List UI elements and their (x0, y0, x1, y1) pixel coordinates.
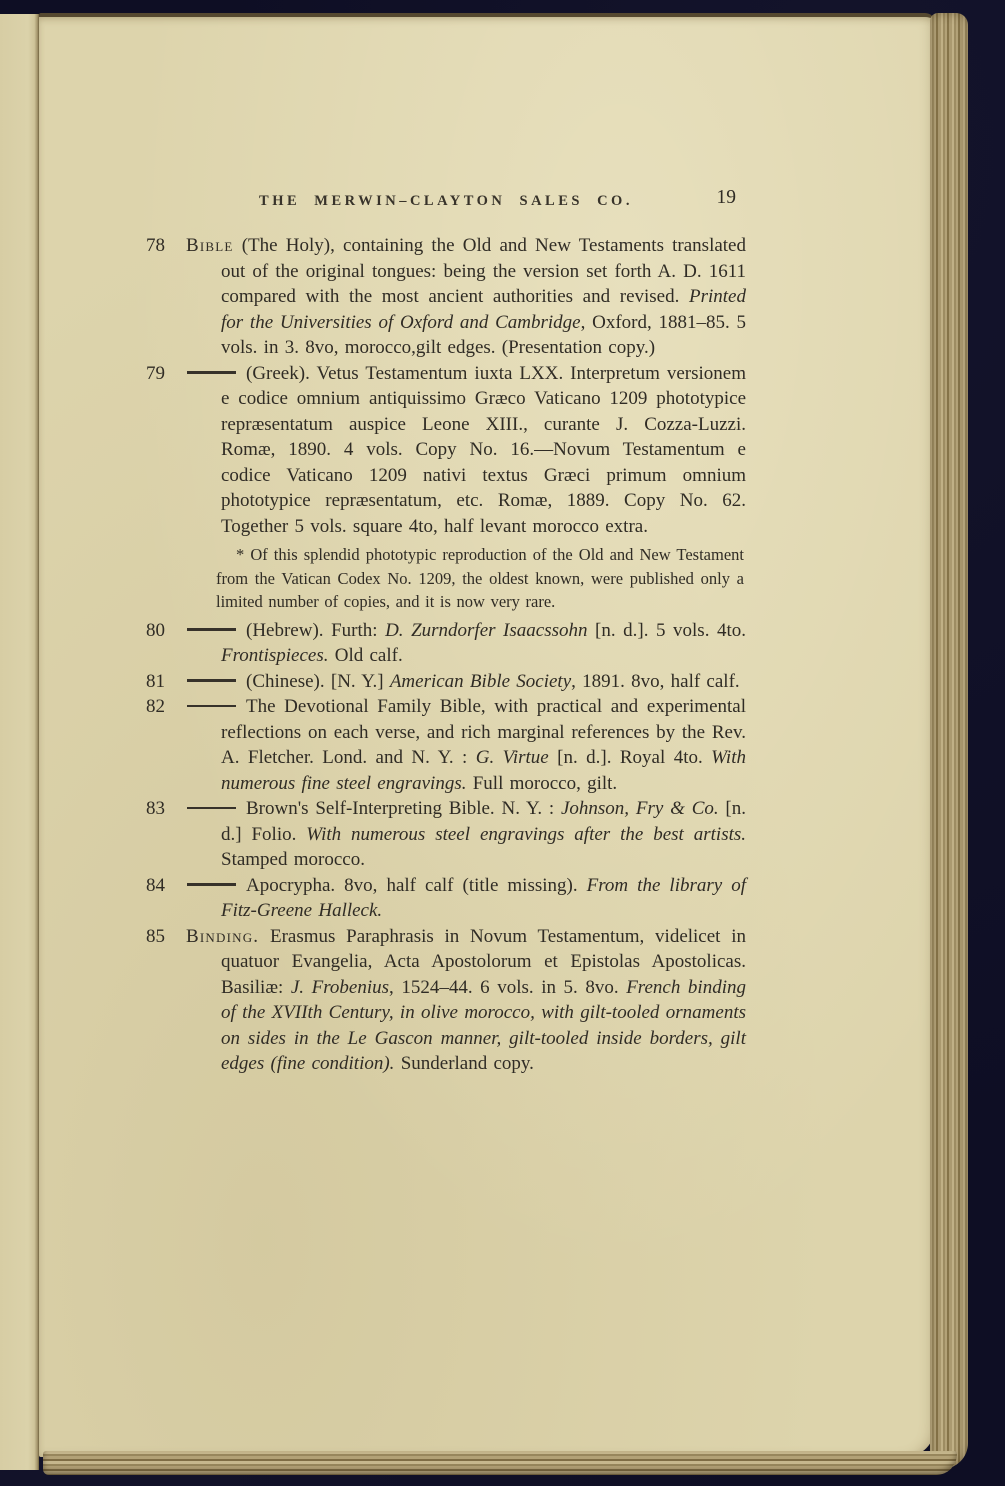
running-head: THE MERWIN–CLAYTON SALES CO. 19 (146, 187, 746, 213)
fore-edge-page-stack (930, 13, 968, 1469)
catalog-entry: 78Bible (The Holy), containing the Old a… (146, 233, 746, 361)
ditto-dash-icon (187, 883, 236, 886)
entry-text: Full morocco, gilt. (466, 773, 617, 794)
facing-page-edge (0, 14, 39, 1470)
lot-number: 85 (146, 924, 186, 950)
ditto-dash-icon (187, 371, 236, 374)
entry-text: Stamped morocco. (221, 849, 365, 870)
entry-text: Bible (186, 235, 234, 256)
entry-text: [n. d.]. 5 vols. 4to. (588, 620, 747, 641)
entry-text: (The Holy), containing the Old and New T… (221, 235, 746, 307)
entry-text: Johnson, Fry & Co. (561, 798, 719, 819)
entry-text: Apocrypha. 8vo, half calf (title missing… (246, 875, 587, 896)
lot-number: 84 (146, 873, 186, 899)
entry-text: , 1524–44. 6 vols. in 5. 8vo. (389, 977, 626, 998)
lot-number: 80 (146, 618, 186, 644)
catalog-entry: 79(Greek). Vetus Testamentum iuxta LXX. … (146, 361, 746, 540)
ditto-dash-icon (187, 628, 236, 631)
book-page: THE MERWIN–CLAYTON SALES CO. 19 78Bible … (39, 13, 935, 1457)
entry-text: American Bible Society (390, 671, 571, 692)
entry-text: D. Zurndorfer Isaacssohn (385, 620, 587, 641)
ditto-dash-icon (187, 679, 236, 682)
ditto-dash-icon (187, 705, 236, 708)
running-head-title: THE MERWIN–CLAYTON SALES CO. (259, 193, 633, 209)
entry-text: With numerous steel engravings after the… (306, 824, 746, 845)
catalog-entry: 83Brown's Self-Interpreting Bible. N. Y.… (146, 796, 746, 873)
entry-text: , 1891. 8vo, half calf. (571, 671, 740, 692)
entry-text: (Chinese). [N. Y.] (246, 671, 390, 692)
catalog-entry: 80(Hebrew). Furth: D. Zurndorfer Isaacss… (146, 618, 746, 669)
lot-number: 81 (146, 669, 186, 695)
text-block: THE MERWIN–CLAYTON SALES CO. 19 78Bible … (146, 187, 746, 1077)
catalog-entries: 78Bible (The Holy), containing the Old a… (146, 233, 746, 1077)
lot-number: 82 (146, 694, 186, 720)
catalog-entry: 84Apocrypha. 8vo, half calf (title missi… (146, 873, 746, 924)
entry-text: Old calf. (328, 645, 402, 666)
ditto-dash-icon (187, 807, 236, 810)
entry-text: Frontispieces. (221, 645, 328, 666)
entry-text: (Greek). Vetus Testamentum iuxta LXX. In… (221, 363, 746, 537)
catalog-entry: 82The Devotional Family Bible, with prac… (146, 694, 746, 796)
entry-text: * Of this splendid phototypic reproducti… (216, 545, 744, 611)
footnote: * Of this splendid phototypic reproducti… (216, 543, 744, 614)
lot-number: 79 (146, 361, 186, 387)
entry-text: Binding. (186, 926, 259, 947)
entry-text: Brown's Self-Interpreting Bible. N. Y. : (246, 798, 561, 819)
catalog-entry: 85Binding. Erasmus Paraphrasis in Novum … (146, 924, 746, 1077)
bottom-page-edges (43, 1451, 957, 1475)
lot-number: 83 (146, 796, 186, 822)
lot-number: 78 (146, 233, 186, 259)
entry-text: J. Frobenius (291, 977, 389, 998)
entry-text: G. Virtue (476, 747, 549, 768)
entry-text: (Hebrew). Furth: (246, 620, 385, 641)
entry-text: Sunderland copy. (394, 1053, 534, 1074)
page-number: 19 (717, 185, 737, 211)
catalog-entry: 81(Chinese). [N. Y.] American Bible Soci… (146, 669, 746, 695)
photo-backdrop: THE MERWIN–CLAYTON SALES CO. 19 78Bible … (0, 0, 1005, 1486)
entry-text: [n. d.]. Royal 4to. (549, 747, 711, 768)
